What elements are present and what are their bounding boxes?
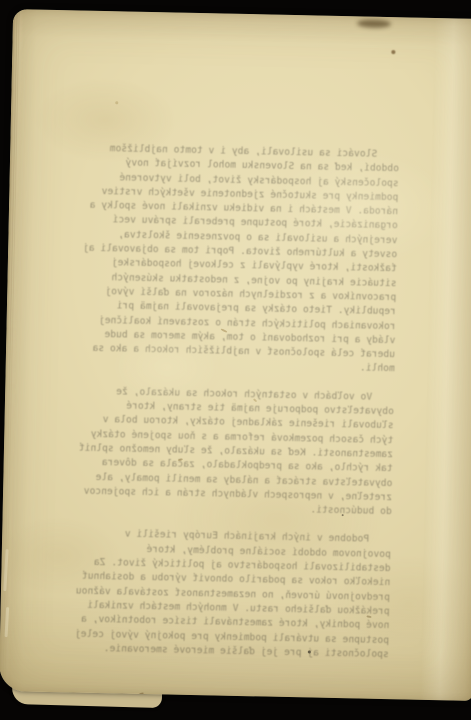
paper-stain-top-smudge [357, 19, 391, 28]
photo-backdrop: Slováci sa usilovali, aby i v tomto najb… [0, 0, 471, 720]
bleedthrough-paragraph-1: Slováci sa usilovali, aby i v tomto najb… [78, 142, 400, 377]
bleedthrough-paragraph-2: Vo voľbách v ostatných rokoch sa ukázalo… [75, 384, 395, 519]
bleedthrough-paragraph-3: Podobne v iných krajinách Európy riešili… [72, 527, 392, 662]
book-page: Slováci sa usilovali, aby i v tomto najb… [0, 9, 471, 701]
paper-stain [115, 101, 118, 104]
bleedthrough-text-block: Slováci sa usilovali, aby i v tomto najb… [72, 142, 400, 663]
paper-stain [391, 50, 395, 54]
